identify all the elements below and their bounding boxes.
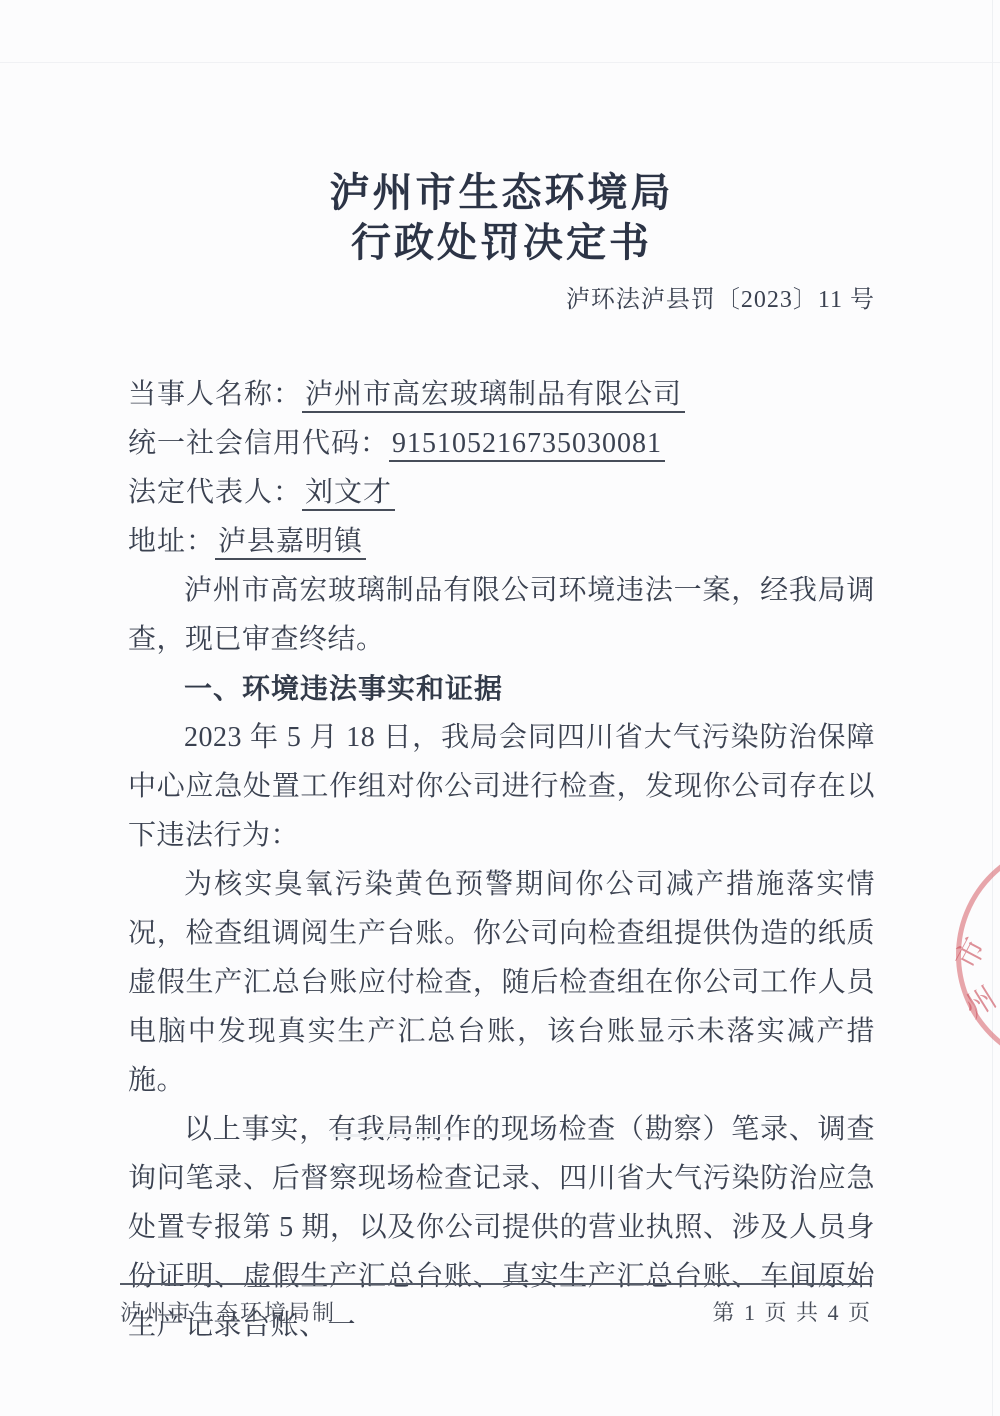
scan-whiteout-mark <box>333 1134 459 1137</box>
party-name-label: 当事人名称： <box>128 379 302 410</box>
paragraph-inspection: 2023 年 5 月 18 日，我局会同四川省大气污染防治保障中心应急处置工作组… <box>128 713 875 860</box>
credit-code-value: 915105216735030081 <box>389 428 665 462</box>
legal-representative-value: 刘文才 <box>302 477 395 511</box>
document-number: 泸环法泸县罚〔2023〕11 号 <box>128 282 875 318</box>
footer-issuer: 泸州市生态环境局制 <box>120 1296 336 1327</box>
address-value: 泸县嘉明镇 <box>215 526 366 560</box>
document-title-line1: 泸州市生态环境局 <box>128 168 875 218</box>
party-info-block: 当事人名称：泸州市高宏玻璃制品有限公司 统一社会信用代码：91510521673… <box>128 370 875 566</box>
paragraph-case-intro: 泸州市高宏玻璃制品有限公司环境违法一案，经我局调查，现已审查终结。 <box>128 566 875 664</box>
footer-page-number: 第 1 页 共 4 页 <box>712 1296 872 1327</box>
document-title: 泸州市生态环境局 行政处罚决定书 <box>128 168 875 268</box>
page-footer: 泸州市生态环境局制 第 1 页 共 4 页 <box>120 1283 872 1327</box>
party-name-row: 当事人名称：泸州市高宏玻璃制品有限公司 <box>128 370 875 419</box>
document-title-line2: 行政处罚决定书 <box>128 218 875 268</box>
party-name-value: 泸州市高宏玻璃制品有限公司 <box>302 379 685 413</box>
document-content: 泸州市生态环境局 行政处罚决定书 泸环法泸县罚〔2023〕11 号 当事人名称：… <box>128 0 875 1350</box>
legal-representative-row: 法定代表人：刘文才 <box>128 468 875 517</box>
address-label: 地址： <box>128 526 215 557</box>
legal-representative-label: 法定代表人： <box>128 477 302 508</box>
credit-code-label: 统一社会信用代码： <box>128 428 389 459</box>
section-heading-facts: 一、环境违法事实和证据 <box>128 664 875 713</box>
address-row: 地址：泸县嘉明镇 <box>128 517 875 566</box>
paragraph-violation: 为核实臭氧污染黄色预警期间你公司减产措施落实情况，检查组调阅生产台账。你公司向检… <box>128 860 875 1105</box>
document-page: 泸州市生态环境局 行政处罚决定书 泸环法泸县罚〔2023〕11 号 当事人名称：… <box>0 0 1000 1416</box>
credit-code-row: 统一社会信用代码：915105216735030081 <box>128 419 875 468</box>
paper-edge-shadow <box>992 0 993 1416</box>
